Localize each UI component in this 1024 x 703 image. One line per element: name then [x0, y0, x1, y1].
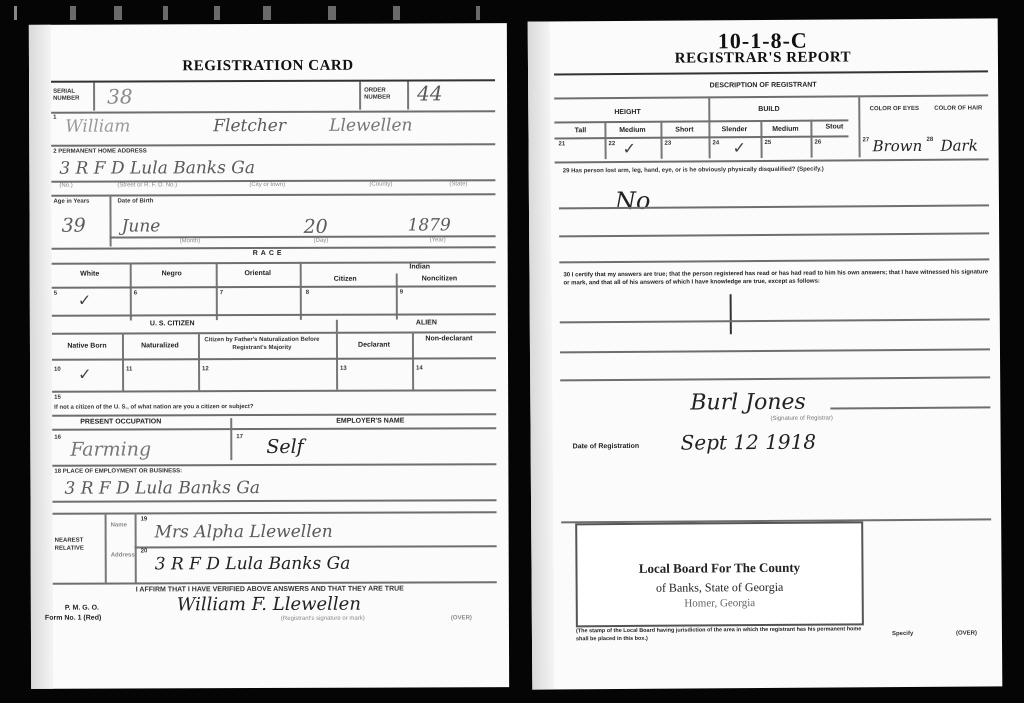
- field-number: 1: [53, 115, 56, 121]
- birth-year: 1879: [408, 215, 451, 235]
- field-number: 24: [713, 140, 720, 146]
- alien-declarant: Declarant: [336, 342, 412, 349]
- birth-day: 20: [304, 216, 328, 238]
- field-number: 8: [306, 290, 309, 296]
- birth-label: Date of Birth: [117, 198, 153, 204]
- race-oriental: Oriental: [216, 270, 300, 277]
- race-white: White: [54, 270, 126, 277]
- field-number: 28: [926, 137, 933, 143]
- build-medium: Medium: [760, 126, 810, 133]
- relative-name-label: Name: [111, 522, 127, 528]
- height-heading: HEIGHT: [614, 109, 641, 116]
- race-indian-noncitizen: Noncitizen: [422, 275, 457, 282]
- height-tall: Tall: [556, 127, 604, 134]
- last-name: Llewellen: [329, 115, 412, 135]
- height-short: Short: [660, 126, 708, 133]
- sublabel: (City or town): [249, 182, 285, 188]
- field-number: 10: [54, 367, 61, 373]
- citizen-naturalized: Naturalized: [122, 342, 198, 349]
- race-white-checkmark: ✓: [78, 291, 91, 310]
- signature-label: (Registrant's signature or mark): [281, 616, 365, 622]
- q29-text: 29 Has person lost arm, leg, hand, eye, …: [563, 164, 983, 175]
- field-number: 13: [340, 366, 347, 372]
- order-number-value: 44: [417, 81, 443, 105]
- build-stout: Stout: [810, 123, 858, 130]
- age-value: 39: [62, 215, 86, 237]
- field-number: 11: [126, 366, 132, 372]
- home-address-value: 3 R F D Lula Banks Ga: [59, 158, 255, 179]
- field-number: 16: [54, 435, 61, 441]
- q29-answer: No: [615, 187, 651, 215]
- relative-name-value: Mrs Alpha Llewellen: [155, 522, 333, 543]
- occupation-value: Farming: [70, 438, 151, 460]
- eyes-value: Brown: [872, 137, 922, 155]
- q30-text: 30 I certify that my answers are true; t…: [563, 268, 993, 287]
- field-number: 26: [815, 140, 822, 146]
- field-number: 15: [54, 395, 61, 401]
- citizen-by-father: Citizen by Father's Naturalization Befor…: [200, 336, 324, 352]
- registrar-signature: Burl Jones: [690, 390, 806, 416]
- affirmation-text: I AFFIRM THAT I HAVE VERIFIED ABOVE ANSW…: [31, 585, 509, 594]
- description-heading: DESCRIPTION OF REGISTRANT: [528, 80, 998, 90]
- sublabel: (Year): [430, 237, 446, 243]
- sublabel: (Day): [314, 238, 329, 244]
- citizen-native-born: Native Born: [54, 343, 120, 350]
- stamp-line-3: Homer, Georgia: [578, 596, 862, 610]
- sublabel: (No.): [59, 183, 72, 189]
- field-number: 27: [862, 137, 869, 143]
- registrant-signature: William F. Llewellen: [177, 594, 361, 616]
- field-number: 20: [141, 548, 148, 554]
- alien-heading: ALIEN: [416, 319, 437, 326]
- native-born-checkmark: ✓: [78, 365, 91, 384]
- stamp-line-1: Local Board For The County: [577, 559, 861, 577]
- field-number: 23: [665, 141, 672, 147]
- sublabel: (County): [369, 182, 392, 188]
- eyes-heading: COLOR OF EYES: [864, 105, 924, 113]
- date-of-registration-label: Date of Registration: [573, 443, 640, 450]
- age-label: Age in Years: [53, 199, 89, 205]
- over-label: (OVER): [956, 631, 977, 637]
- us-citizen-heading: U. S. CITIZEN: [150, 320, 195, 327]
- middle-name: Fletcher: [213, 116, 286, 136]
- stamp-line-2: of Banks, State of Georgia: [578, 579, 862, 596]
- alien-non-declarant: Non-declarant: [414, 335, 484, 342]
- race-indian: Indian: [360, 263, 480, 270]
- birth-month: June: [122, 216, 161, 236]
- field-number: 22: [609, 141, 616, 147]
- employer-value: Self: [266, 436, 303, 458]
- employer-heading: EMPLOYER'S NAME: [336, 418, 404, 425]
- occupation-heading: PRESENT OCCUPATION: [80, 418, 161, 425]
- specify-label: Specify: [892, 631, 913, 637]
- place-of-employment-value: 3 R F D Lula Banks Ga: [64, 478, 260, 499]
- build-slender: Slender: [708, 126, 760, 133]
- report-title: REGISTRAR'S REPORT: [528, 48, 998, 68]
- race-indian-citizen: Citizen: [334, 276, 357, 283]
- sublabel: (State): [449, 181, 467, 187]
- date-of-registration-value: Sept 12 1918: [681, 430, 817, 455]
- stamp-note: (The stamp of the Local Board having jur…: [576, 625, 866, 643]
- local-board-stamp: Local Board For The County of Banks, Sta…: [575, 521, 864, 627]
- field-number: 12: [202, 366, 209, 372]
- field-number: 21: [559, 141, 566, 147]
- card-edge: [528, 21, 555, 689]
- registrar-signature-label: (Signature of Registrar): [770, 416, 832, 422]
- form-id-pmgo: P. M. G. O.: [65, 605, 99, 612]
- registrars-report-back: 10-1-8-C REGISTRAR'S REPORT DESCRIPTION …: [528, 18, 1003, 689]
- order-number-label: ORDER NUMBER: [364, 88, 404, 102]
- over-label: (OVER): [451, 615, 472, 621]
- hair-heading: COLOR OF HAIR: [928, 104, 988, 112]
- serial-number-value: 38: [107, 84, 133, 108]
- first-name: William: [65, 116, 130, 136]
- field-number: 25: [765, 140, 772, 146]
- q15-text: If not a citizen of the U. S., of what n…: [54, 404, 253, 411]
- field-number: 7: [220, 290, 223, 296]
- field-number: 17: [236, 434, 243, 440]
- height-medium-checkmark: ✓: [622, 139, 636, 158]
- card-title: REGISTRATION CARD: [29, 57, 507, 76]
- relative-address-value: 3 R F D Lula Banks Ga: [155, 554, 351, 575]
- hair-value: Dark: [940, 137, 977, 155]
- race-negro: Negro: [130, 270, 214, 277]
- sublabel: (Month): [180, 238, 201, 244]
- place-of-employment-label: 18 PLACE OF EMPLOYMENT OR BUSINESS:: [54, 468, 182, 474]
- field-number: 9: [400, 290, 403, 296]
- build-medium-checkmark: ✓: [732, 138, 746, 157]
- race-heading: RACE: [30, 249, 508, 258]
- field-number: 5: [54, 291, 57, 297]
- sublabel: (Street or R. F. D. No.): [117, 182, 177, 188]
- relative-address-label: Address: [111, 552, 135, 558]
- build-heading: BUILD: [758, 106, 779, 113]
- field-number: 19: [141, 516, 148, 522]
- registration-card-front: REGISTRATION CARD SERIAL NUMBER 38 ORDER…: [29, 23, 509, 689]
- height-medium: Medium: [604, 127, 660, 134]
- nearest-relative-label: NEAREST RELATIVE: [55, 537, 101, 553]
- form-id-number: Form No. 1 (Red): [45, 615, 101, 622]
- field-number: 6: [134, 290, 137, 296]
- home-address-label: 2 PERMANENT HOME ADDRESS: [53, 148, 146, 154]
- field-number: 14: [416, 365, 423, 371]
- serial-number-label: SERIAL NUMBER: [53, 89, 93, 103]
